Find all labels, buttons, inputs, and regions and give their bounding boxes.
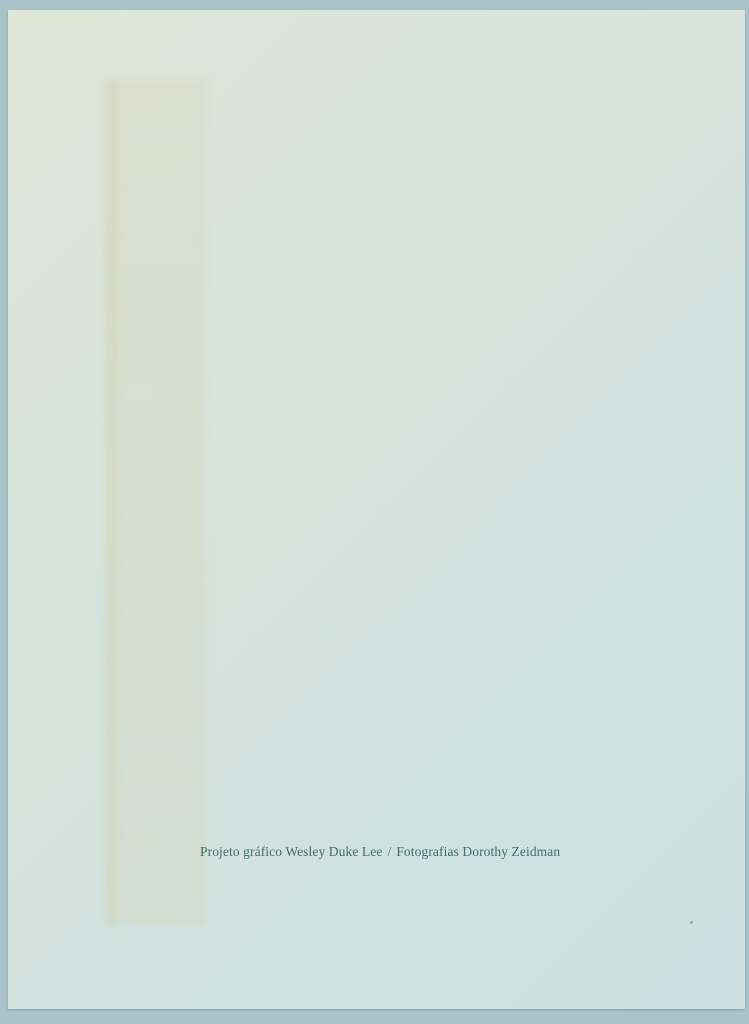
photo-credit: Fotografias Dorothy Zeidman xyxy=(396,844,560,859)
paper-speck xyxy=(690,921,693,924)
design-credit: Projeto gráfico Wesley Duke Lee xyxy=(200,844,382,859)
book-page: Projeto gráfico Wesley Duke Lee/Fotograf… xyxy=(8,10,745,1009)
credit-separator: / xyxy=(387,844,391,859)
show-through-rectangle xyxy=(106,80,206,925)
credits-line: Projeto gráfico Wesley Duke Lee/Fotograf… xyxy=(200,844,580,860)
